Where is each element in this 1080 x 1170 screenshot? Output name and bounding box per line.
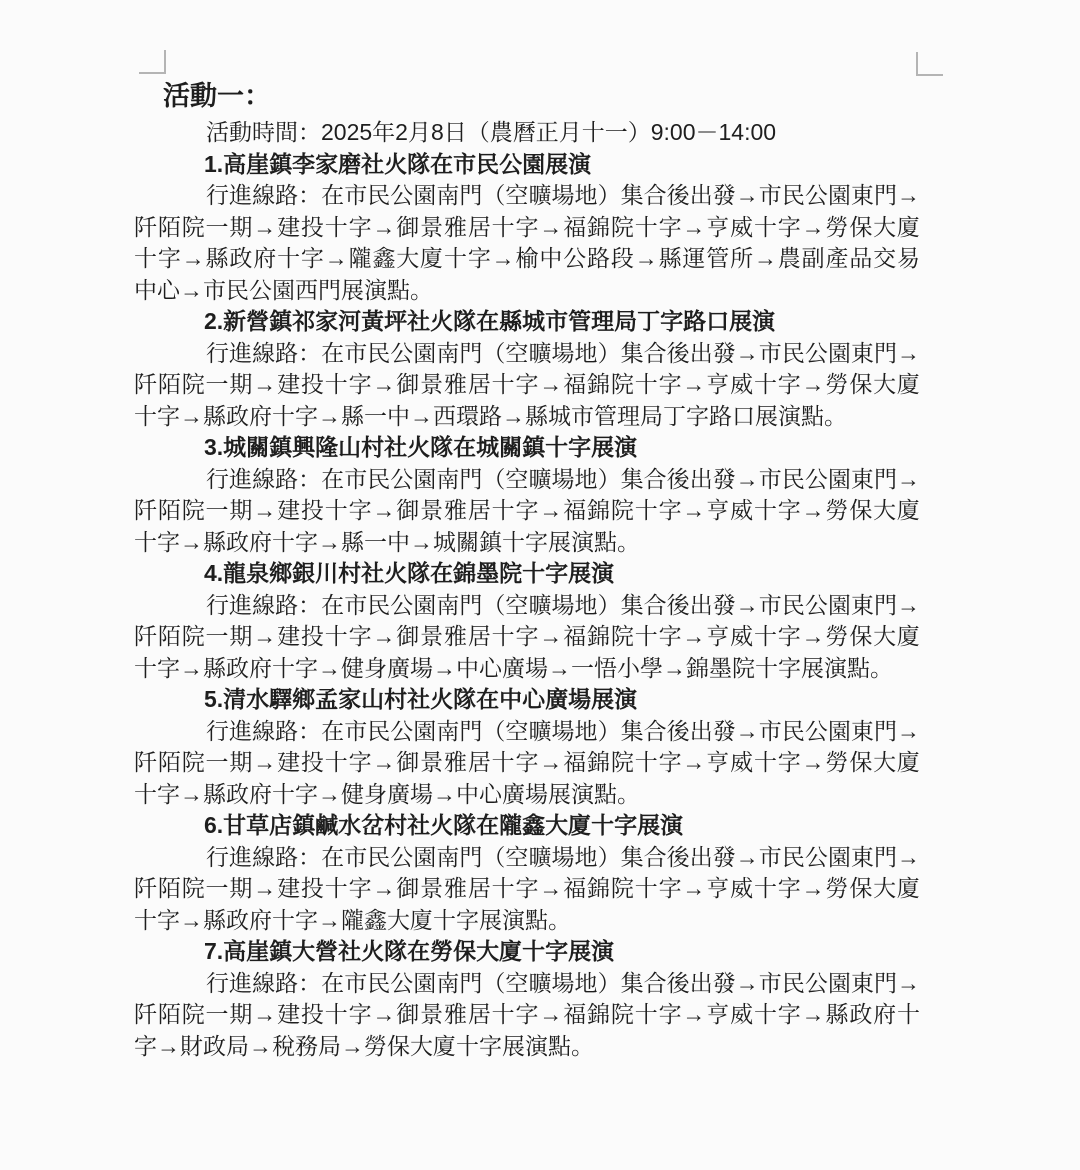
route-line: 行進線路：在市民公園南門（空曠場地）集合後出發→市民公園東門→ (134, 842, 920, 874)
event-heading: 7.高崖鎮大營社火隊在勞保大廈十字展演 (134, 936, 920, 968)
document-title: 活動一： (134, 76, 920, 117)
event-heading: 5.清水驛鄉孟家山村社火隊在中心廣場展演 (134, 684, 920, 716)
document-page: 活動一： 活動時間：2025年2月8日（農曆正月十一）9:00－14:00 1.… (0, 0, 1080, 1170)
route-line: 阡陌院一期→建投十字→御景雅居十字→福錦院十字→亨威十字→勞保大廈 (134, 621, 920, 653)
event-heading: 4.龍泉鄉銀川村社火隊在錦墨院十字展演 (134, 558, 920, 590)
events-list: 1.高崖鎮李家磨社火隊在市民公園展演行進線路：在市民公園南門（空曠場地）集合後出… (134, 149, 920, 1063)
route-line: 行進線路：在市民公園南門（空曠場地）集合後出發→市民公園東門→ (134, 464, 920, 496)
route-line: 十字→縣政府十字→縣一中→西環路→縣城市管理局丁字路口展演點。 (134, 401, 920, 433)
route-line: 阡陌院一期→建投十字→御景雅居十字→福錦院十字→亨威十字→勞保大廈 (134, 873, 920, 905)
event-heading: 1.高崖鎮李家磨社火隊在市民公園展演 (134, 149, 920, 181)
route-line: 字→財政局→稅務局→勞保大廈十字展演點。 (134, 1031, 920, 1063)
route-line: 中心→市民公園西門展演點。 (134, 275, 920, 307)
route-line: 行進線路：在市民公園南門（空曠場地）集合後出發→市民公園東門→ (134, 180, 920, 212)
route-line: 阡陌院一期→建投十字→御景雅居十字→福錦院十字→亨威十字→勞保大廈 (134, 495, 920, 527)
route-line: 阡陌院一期→建投十字→御景雅居十字→福錦院十字→亨威十字→縣政府十 (134, 999, 920, 1031)
route-line: 行進線路：在市民公園南門（空曠場地）集合後出發→市民公園東門→ (134, 968, 920, 1000)
route-line: 十字→縣政府十字→健身廣場→中心廣場展演點。 (134, 779, 920, 811)
route-line: 阡陌院一期→建投十字→御景雅居十字→福錦院十字→亨威十字→勞保大廈 (134, 369, 920, 401)
route-line: 阡陌院一期→建投十字→御景雅居十字→福錦院十字→亨威十字→勞保大廈 (134, 212, 920, 244)
route-line: 十字→縣政府十字→縣一中→城關鎮十字展演點。 (134, 527, 920, 559)
document-content: 活動一： 活動時間：2025年2月8日（農曆正月十一）9:00－14:00 1.… (134, 76, 920, 1062)
event-heading: 3.城關鎮興隆山村社火隊在城關鎮十字展演 (134, 432, 920, 464)
route-line: 阡陌院一期→建投十字→御景雅居十字→福錦院十字→亨威十字→勞保大廈 (134, 747, 920, 779)
route-line: 行進線路：在市民公園南門（空曠場地）集合後出發→市民公園東門→ (134, 338, 920, 370)
route-line: 十字→縣政府十字→健身廣場→中心廣場→一悟小學→錦墨院十字展演點。 (134, 653, 920, 685)
route-line: 行進線路：在市民公園南門（空曠場地）集合後出發→市民公園東門→ (134, 716, 920, 748)
schedule-line: 活動時間：2025年2月8日（農曆正月十一）9:00－14:00 (134, 117, 920, 149)
route-line: 行進線路：在市民公園南門（空曠場地）集合後出發→市民公園東門→ (134, 590, 920, 622)
event-heading: 6.甘草店鎮鹹水岔村社火隊在隴鑫大廈十字展演 (134, 810, 920, 842)
crop-mark-top-right (916, 52, 943, 76)
route-line: 十字→縣政府十字→隴鑫大廈十字展演點。 (134, 905, 920, 937)
route-line: 十字→縣政府十字→隴鑫大廈十字→榆中公路段→縣運管所→農副產品交易 (134, 243, 920, 275)
event-heading: 2.新營鎮祁家河黃坪社火隊在縣城市管理局丁字路口展演 (134, 306, 920, 338)
crop-mark-top-left (139, 50, 166, 74)
